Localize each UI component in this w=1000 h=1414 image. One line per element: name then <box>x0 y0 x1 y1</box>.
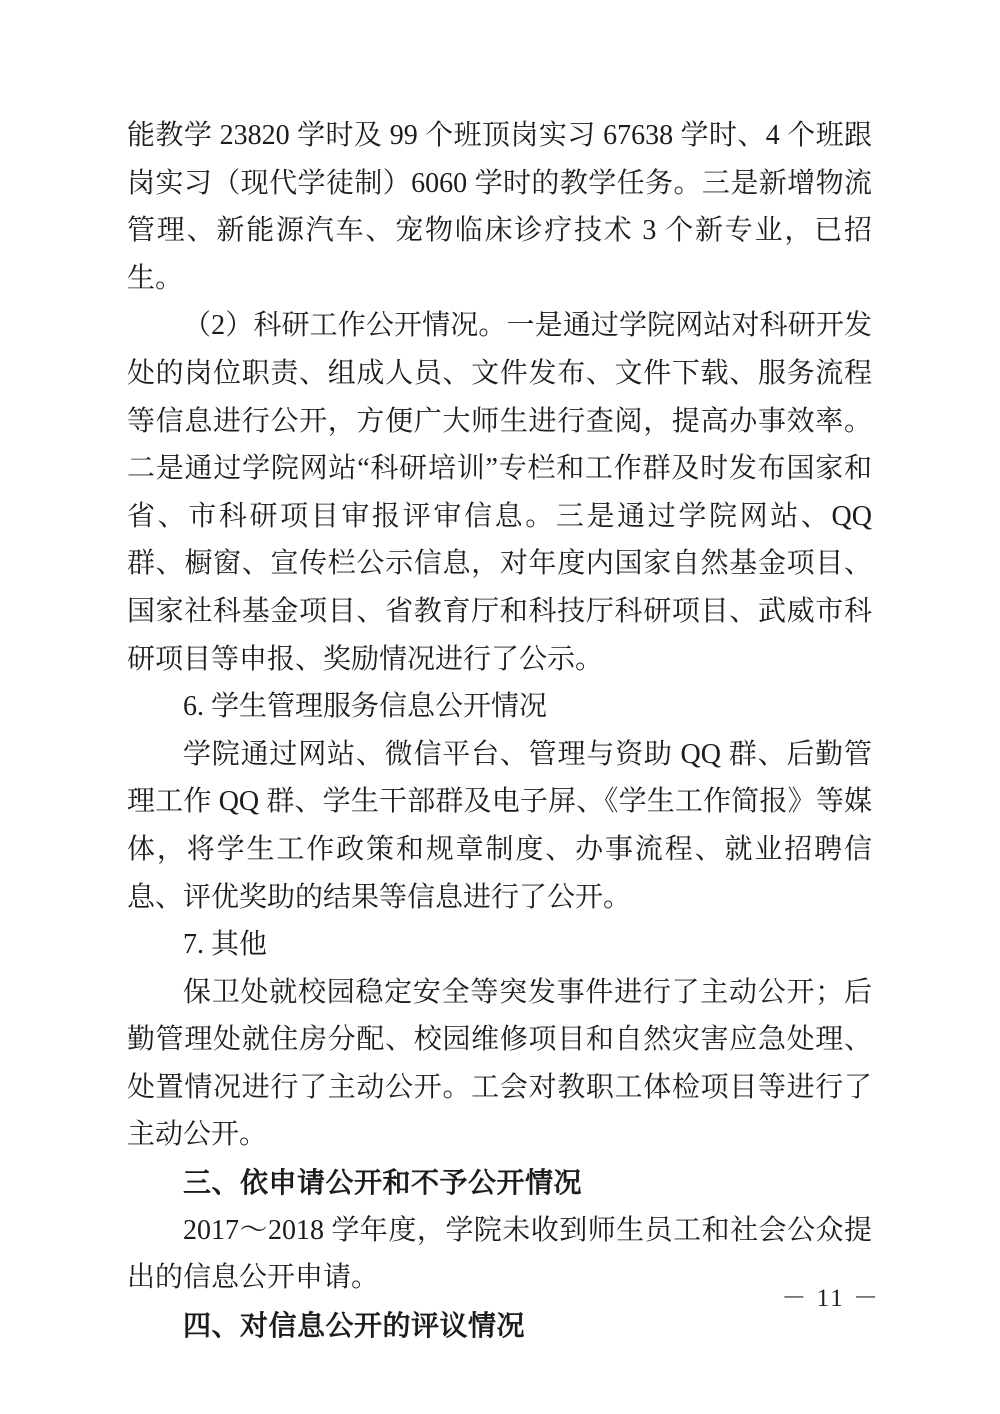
paragraph: 能教学 23820 学时及 99 个班顶岗实习 67638 学时、4 个班跟岗实… <box>127 112 872 302</box>
paragraph: 2017～2018 学年度，学院未收到师生员工和社会公众提出的信息公开申请。 <box>127 1207 872 1302</box>
paragraph: 保卫处就校园稳定安全等突发事件进行了主动公开；后勤管理处就住房分配、校园维修项目… <box>127 969 872 1159</box>
section-heading: 三、依申请公开和不予公开情况 <box>127 1159 872 1207</box>
section-heading: 四、对信息公开的评议情况 <box>127 1302 872 1350</box>
page-number: － 11 － <box>781 1278 880 1314</box>
document-page: 能教学 23820 学时及 99 个班顶岗实习 67638 学时、4 个班跟岗实… <box>0 0 1000 1414</box>
paragraph: 7. 其他 <box>127 921 872 969</box>
paragraph: 6. 学生管理服务信息公开情况 <box>127 683 872 731</box>
document-body: 能教学 23820 学时及 99 个班顶岗实习 67638 学时、4 个班跟岗实… <box>127 112 872 1349</box>
paragraph: （2）科研工作公开情况。一是通过学院网站对科研开发处的岗位职责、组成人员、文件发… <box>127 302 872 683</box>
paragraph: 学院通过网站、微信平台、管理与资助 QQ 群、后勤管理工作 QQ 群、学生干部群… <box>127 731 872 921</box>
